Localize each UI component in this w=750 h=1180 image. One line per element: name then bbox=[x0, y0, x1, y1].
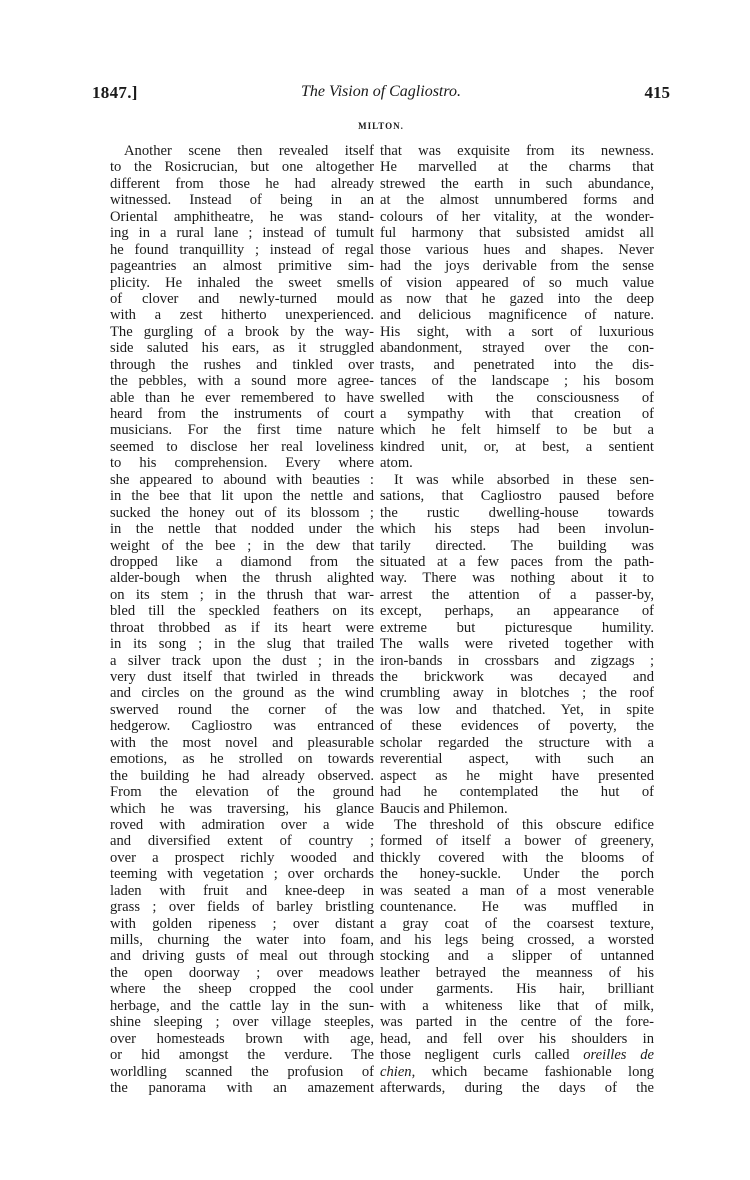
text-line: The walls were riveted together with bbox=[380, 636, 654, 652]
text-line: trasts, and penetrated into the dis- bbox=[380, 357, 654, 373]
text-line: swerved round the corner of the bbox=[110, 702, 374, 718]
text-line: of vision appeared of so much value bbox=[380, 275, 654, 291]
text-line: had the joys derivable from the sense bbox=[380, 258, 654, 274]
text-line: teeming with vegetation ; over orchards bbox=[110, 866, 374, 882]
text-line: which his steps had been involun- bbox=[380, 521, 654, 537]
book-page: 1847.] The Vision of Cagliostro. 415 MIL… bbox=[0, 0, 750, 1180]
text-line: ing in a rural lane ; instead of tumult bbox=[110, 225, 374, 241]
text-line: of these evidences of poverty, the bbox=[380, 718, 654, 734]
text-line: the open doorway ; over meadows bbox=[110, 965, 374, 981]
text-line: and driving gusts of meal out through bbox=[110, 948, 374, 964]
text-line: kindred unit, or, at best, a sentient bbox=[380, 439, 654, 455]
text-line: grass ; over fields of barley bristling bbox=[110, 899, 374, 915]
text-line: witnessed. Instead of being in an bbox=[110, 192, 374, 208]
text-line: a gray coat of the coarsest texture, bbox=[380, 916, 654, 932]
text-line: formed of itself a bower of greenery, bbox=[380, 833, 654, 849]
text-line: crumbling away in blotches ; the roof bbox=[380, 685, 654, 701]
text-line: of clover and newly-turned mould bbox=[110, 291, 374, 307]
text-line: and his legs being crossed, a worsted bbox=[380, 932, 654, 948]
text-line: From the elevation of the ground bbox=[110, 784, 374, 800]
text-line: arrest the attention of a passer-by, bbox=[380, 587, 654, 603]
text-line: iron-bands in crossbars and zigzags ; bbox=[380, 653, 654, 669]
text-line: had he contemplated the hut of bbox=[380, 784, 654, 800]
text-line: dropped like a diamond from the bbox=[110, 554, 374, 570]
text-line: His sight, with a sort of luxurious bbox=[380, 324, 654, 340]
italic-phrase: chien bbox=[380, 1064, 412, 1080]
text-line: the honey-suckle. Under the porch bbox=[380, 866, 654, 882]
text-line: abandonment, strayed over the con- bbox=[380, 340, 654, 356]
text-fragment: , which became fashionable long bbox=[412, 1064, 654, 1080]
text-line: was seated a man of a most venerable bbox=[380, 883, 654, 899]
text-line: The gurgling of a brook by the way- bbox=[110, 324, 374, 340]
text-line: or hid amongst the verdure. The bbox=[110, 1047, 374, 1063]
text-line: those negligent curls called oreilles de bbox=[380, 1047, 654, 1063]
text-line: and diversified extent of country ; bbox=[110, 833, 374, 849]
text-line: except, perhaps, an appearance of bbox=[380, 603, 654, 619]
text-line: colours of her vitality, at the wonder- bbox=[380, 209, 654, 225]
text-line: Another scene then revealed itself bbox=[110, 143, 374, 159]
text-line: aspect as he might have presented bbox=[380, 768, 654, 784]
text-line: situated at a few paces from the path- bbox=[380, 554, 654, 570]
text-line: in its song ; in the slug that trailed bbox=[110, 636, 374, 652]
text-line: countenance. He was muffled in bbox=[380, 899, 654, 915]
text-line: shine sleeping ; over village steeples, bbox=[110, 1014, 374, 1030]
text-line: over homesteads brown with age, bbox=[110, 1031, 374, 1047]
text-line: seemed to disclose her real loveliness bbox=[110, 439, 374, 455]
text-line: musicians. For the first time nature bbox=[110, 422, 374, 438]
text-column-right: that was exquisite from its newness.He m… bbox=[380, 143, 654, 1096]
text-line: where the sheep cropped the cool bbox=[110, 981, 374, 997]
text-line: afterwards, during the days of the bbox=[380, 1080, 654, 1096]
text-line: with a zest hitherto unexperienced. bbox=[110, 307, 374, 323]
text-line: and delicious magnificence of nature. bbox=[380, 307, 654, 323]
text-line: stocking and a slipper of untanned bbox=[380, 948, 654, 964]
text-line: tarily directed. The building was bbox=[380, 538, 654, 554]
text-line: The threshold of this obscure edifice bbox=[380, 817, 654, 833]
text-line: able than he ever remembered to have bbox=[110, 390, 374, 406]
text-line: on its stem ; in the thrush that war- bbox=[110, 587, 374, 603]
text-line: extreme but picturesque humility. bbox=[380, 620, 654, 636]
text-line: at the almost unnumbered forms and bbox=[380, 192, 654, 208]
text-line: that was exquisite from its newness. bbox=[380, 143, 654, 159]
text-line: way. There was nothing about it to bbox=[380, 570, 654, 586]
running-head: 1847.] The Vision of Cagliostro. 415 bbox=[92, 83, 670, 107]
text-line: sucked the honey out of its blossom ; bbox=[110, 505, 374, 521]
text-fragment: those negligent curls called bbox=[380, 1047, 583, 1063]
text-line: those various hues and shapes. Never bbox=[380, 242, 654, 258]
text-line: laden with fruit and knee-deep in bbox=[110, 883, 374, 899]
text-line: was low and thatched. Yet, in spite bbox=[380, 702, 654, 718]
text-line: plicity. He inhaled the sweet smells bbox=[110, 275, 374, 291]
text-line: ful harmony that subsisted amidst all bbox=[380, 225, 654, 241]
text-line: which he was traversing, his glance bbox=[110, 801, 374, 817]
text-line: she appeared to abound with beauties : bbox=[110, 472, 374, 488]
text-line: with golden ripeness ; over distant bbox=[110, 916, 374, 932]
text-column-left: Another scene then revealed itselfto the… bbox=[110, 143, 374, 1096]
text-line: was parted in the centre of the fore- bbox=[380, 1014, 654, 1030]
text-line: hedgerow. Cagliostro was entranced bbox=[110, 718, 374, 734]
text-line: swelled with the consciousness of bbox=[380, 390, 654, 406]
text-line: and circles on the ground as the wind bbox=[110, 685, 374, 701]
text-line: which he felt himself to be but a bbox=[380, 422, 654, 438]
text-line: with a whiteness like that of milk, bbox=[380, 998, 654, 1014]
text-line: scholar regarded the structure with a bbox=[380, 735, 654, 751]
text-line: he found tranquillity ; instead of regal bbox=[110, 242, 374, 258]
text-line: with the most novel and pleasurable bbox=[110, 735, 374, 751]
text-line: a sympathy with that creation of bbox=[380, 406, 654, 422]
text-line: Baucis and Philemon. bbox=[380, 801, 654, 817]
text-line: He marvelled at the charms that bbox=[380, 159, 654, 175]
text-line: leather betrayed the meanness of his bbox=[380, 965, 654, 981]
text-line: to his comprehension. Every where bbox=[110, 455, 374, 471]
text-line: the brickwork was decayed and bbox=[380, 669, 654, 685]
text-line: bled till the speckled feathers on its bbox=[110, 603, 374, 619]
text-line: the rustic dwelling-house towards bbox=[380, 505, 654, 521]
text-line: tances of the landscape ; his bosom bbox=[380, 373, 654, 389]
text-line: to the Rosicrucian, but one altogether bbox=[110, 159, 374, 175]
text-line: in the nettle that nodded under the bbox=[110, 521, 374, 537]
text-line: the building he had already observed. bbox=[110, 768, 374, 784]
text-line: throat throbbed as if its heart were bbox=[110, 620, 374, 636]
text-line: very dust itself that twirled in threads bbox=[110, 669, 374, 685]
text-line: mills, churning the water into foam, bbox=[110, 932, 374, 948]
text-line: under garments. His hair, brilliant bbox=[380, 981, 654, 997]
text-line: herbage, and the cattle lay in the sun- bbox=[110, 998, 374, 1014]
text-line: reverential aspect, with such an bbox=[380, 751, 654, 767]
page-number: 415 bbox=[645, 83, 671, 103]
text-line: alder-bough when the thrush alighted bbox=[110, 570, 374, 586]
text-line: a silver track upon the dust ; in the bbox=[110, 653, 374, 669]
text-line: side saluted his ears, as it struggled bbox=[110, 340, 374, 356]
text-line: different from those he had already bbox=[110, 176, 374, 192]
text-line: worldling scanned the profusion of bbox=[110, 1064, 374, 1080]
text-line: in the bee that lit upon the nettle and bbox=[110, 488, 374, 504]
text-line: strewed the earth in such abundance, bbox=[380, 176, 654, 192]
text-line: chien, which became fashionable long bbox=[380, 1064, 654, 1080]
text-line: the panorama with an amazement bbox=[110, 1080, 374, 1096]
text-line: pageantries an almost primitive sim- bbox=[110, 258, 374, 274]
text-line: sations, that Cagliostro paused before bbox=[380, 488, 654, 504]
text-line: roved with admiration over a wide bbox=[110, 817, 374, 833]
italic-phrase: oreilles de bbox=[583, 1047, 654, 1063]
header-title: The Vision of Cagliostro. bbox=[92, 83, 670, 101]
text-line: atom. bbox=[380, 455, 654, 471]
text-line: over a prospect richly wooded and bbox=[110, 850, 374, 866]
text-line: It was while absorbed in these sen- bbox=[380, 472, 654, 488]
text-line: through the rushes and tinkled over bbox=[110, 357, 374, 373]
text-line: as now that he gazed into the deep bbox=[380, 291, 654, 307]
text-line: weight of the bee ; in the dew that bbox=[110, 538, 374, 554]
section-heading: MILTON. bbox=[92, 121, 670, 131]
text-line: thickly covered with the blooms of bbox=[380, 850, 654, 866]
text-line: heard from the instruments of court bbox=[110, 406, 374, 422]
text-line: the pebbles, with a sound more agree- bbox=[110, 373, 374, 389]
text-line: Oriental amphitheatre, he was stand- bbox=[110, 209, 374, 225]
text-line: emotions, as he strolled on towards bbox=[110, 751, 374, 767]
text-line: head, and fell over his shoulders in bbox=[380, 1031, 654, 1047]
